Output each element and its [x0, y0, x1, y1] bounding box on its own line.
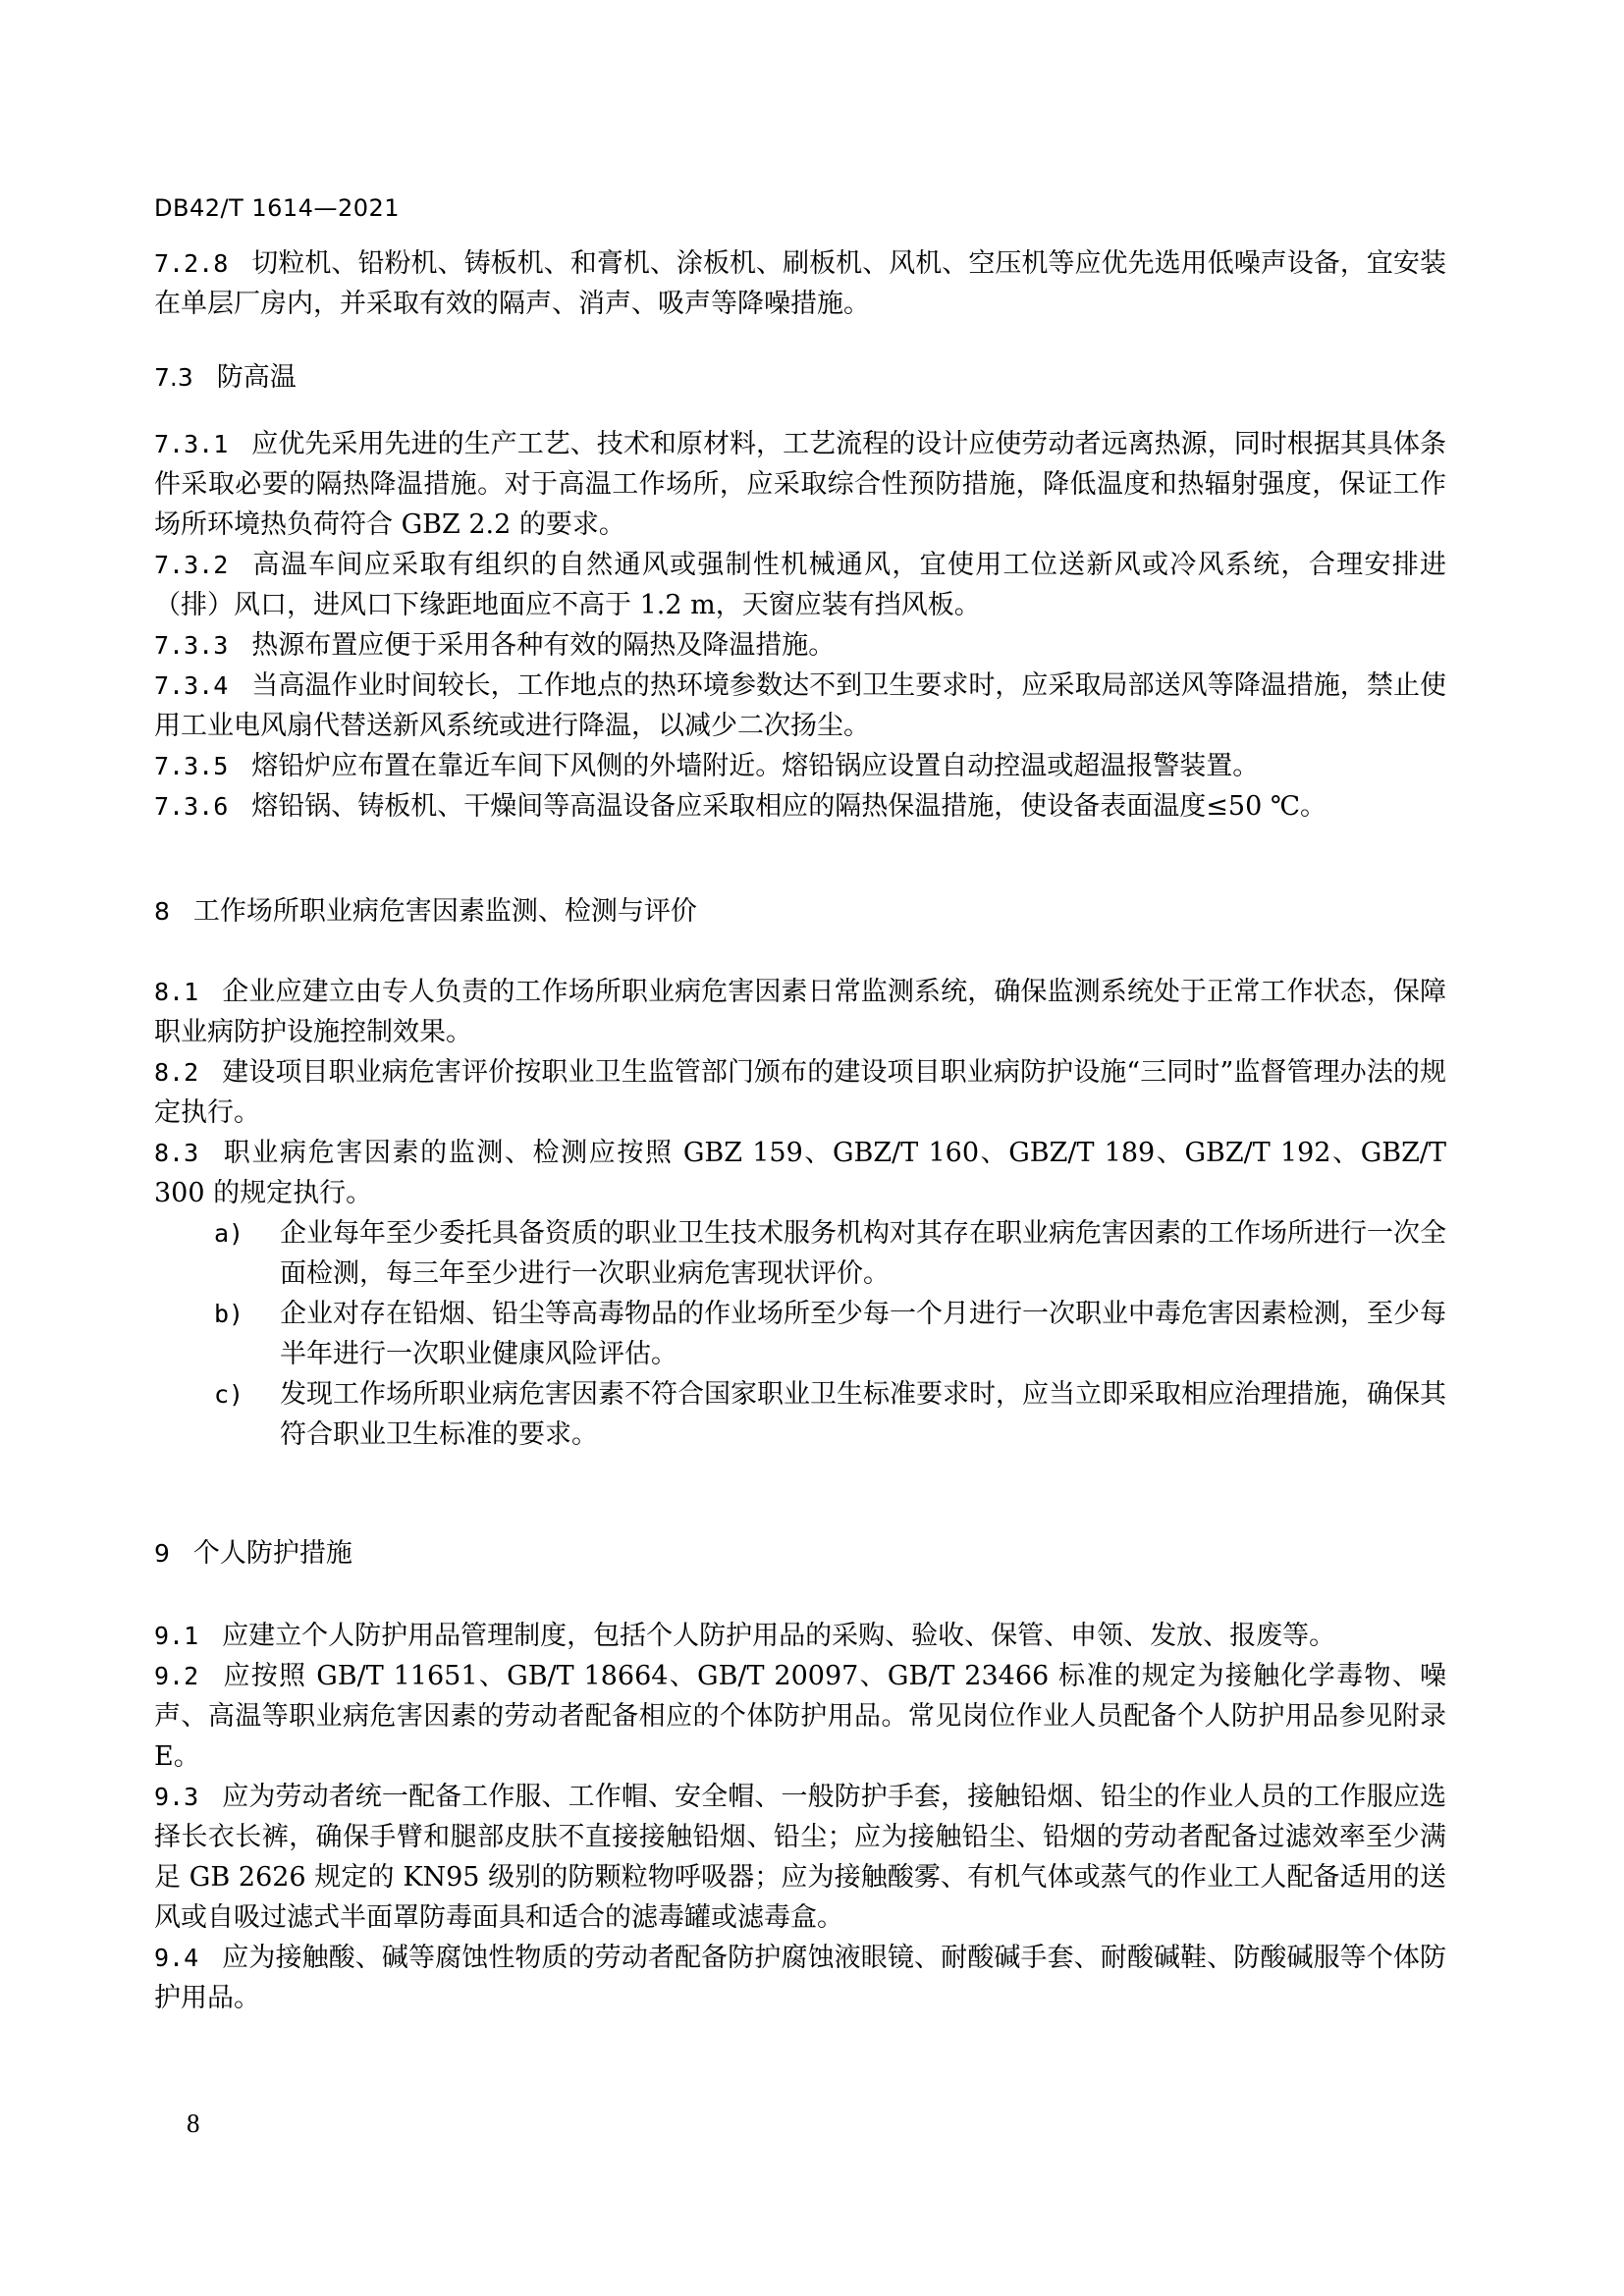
- clause-7-3-3: 7.3.3热源布置应便于采用各种有效的隔热及降温措施。: [154, 625, 1446, 666]
- clause-9-3: 9.3应为劳动者统一配备工作服、工作帽、安全帽、一般防护手套，接触铅烟、铅尘的作…: [154, 1777, 1446, 1938]
- clause-8-1: 8.1企业应建立由专人负责的工作场所职业病危害因素日常监测系统，确保监测系统处于…: [154, 972, 1446, 1052]
- clause-text: 应为接触酸、碱等腐蚀性物质的劳动者配备防护腐蚀液眼镜、耐酸碱手套、耐酸碱鞋、防酸…: [154, 1943, 1446, 2013]
- clauses-9: 9.1应建立个人防护用品管理制度，包括个人防护用品的采购、验收、保管、申领、发放…: [154, 1616, 1446, 2018]
- section-title: 个人防护措施: [193, 1538, 352, 1569]
- clause-9-4: 9.4应为接触酸、碱等腐蚀性物质的劳动者配备防护腐蚀液眼镜、耐酸碱手套、耐酸碱鞋…: [154, 1938, 1446, 2018]
- section-7-3-heading: 7.3防高温: [154, 357, 1446, 398]
- section-title: 工作场所职业病危害因素监测、检测与评价: [193, 896, 697, 927]
- section-number: 9: [154, 1539, 170, 1568]
- clause-number: 9.3: [154, 1783, 198, 1811]
- clause-text: 熔铅锅、铸板机、干燥间等高温设备应采取相应的隔热保温措施，使设备表面温度≤50 …: [251, 791, 1326, 822]
- list-item-c: c)发现工作场所职业病危害因素不符合国家职业卫生标准要求时，应当立即采取相应治理…: [214, 1374, 1446, 1455]
- list-item-text: 企业对存在铅烟、铅尘等高毒物品的作业场所至少每一个月进行一次职业中毒危害因素检测…: [280, 1299, 1446, 1369]
- clause-text: 应建立个人防护用品管理制度，包括个人防护用品的采购、验收、保管、申领、发放、报废…: [222, 1621, 1335, 1651]
- section-number: 8: [154, 897, 170, 926]
- clause-number: 7.3.1: [154, 430, 228, 458]
- clause-7-3-2: 7.3.2高温车间应采取有组织的自然通风或强制性机械通风，宜使用工位送新风或冷风…: [154, 545, 1446, 625]
- clause-text: 职业病危害因素的监测、检测应按照 GBZ 159、GBZ/T 160、GBZ/T…: [154, 1138, 1446, 1208]
- clauses-7-3: 7.3.1应优先采用先进的生产工艺、技术和原材料，工艺流程的设计应使劳动者远离热…: [154, 424, 1446, 827]
- clause-number: 9.1: [154, 1622, 198, 1650]
- clause-text: 建设项目职业病危害评价按职业卫生监管部门颁布的建设项目职业病防护设施“三同时”监…: [154, 1057, 1446, 1128]
- clause-number: 9.2: [154, 1662, 198, 1690]
- clause-8-2: 8.2建设项目职业病危害评价按职业卫生监管部门颁布的建设项目职业病防护设施“三同…: [154, 1052, 1446, 1133]
- list-item-a: a)企业每年至少委托具备资质的职业卫生技术服务机构对其存在职业病危害因素的工作场…: [214, 1213, 1446, 1294]
- clause-number: 7.3.6: [154, 792, 228, 821]
- list-marker: a): [214, 1213, 244, 1254]
- list-item-text: 企业每年至少委托具备资质的职业卫生技术服务机构对其存在职业病危害因素的工作场所进…: [280, 1218, 1446, 1289]
- clause-text: 熔铅炉应布置在靠近车间下风侧的外墙附近。熔铅锅应设置自动控温或超温报警装置。: [251, 751, 1259, 781]
- section-title: 防高温: [217, 362, 297, 393]
- clauses-8: 8.1企业应建立由专人负责的工作场所职业病危害因素日常监测系统，确保监测系统处于…: [154, 972, 1446, 1455]
- clause-9-2: 9.2应按照 GB/T 11651、GB/T 18664、GB/T 20097、…: [154, 1656, 1446, 1777]
- page-number: 8: [187, 2109, 200, 2139]
- clause-7-3-4: 7.3.4当高温作业时间较长，工作地点的热环境参数达不到卫生要求时，应采取局部送…: [154, 666, 1446, 746]
- clause-text: 应按照 GB/T 11651、GB/T 18664、GB/T 20097、GB/…: [154, 1661, 1446, 1772]
- clause-7-3-6: 7.3.6熔铅锅、铸板机、干燥间等高温设备应采取相应的隔热保温措施，使设备表面温…: [154, 786, 1446, 827]
- clause-7-2-8: 7.2.8切粒机、铅粉机、铸板机、和膏机、涂板机、刷板机、风机、空压机等应优先选…: [154, 243, 1446, 324]
- clause-number: 8.3: [154, 1139, 198, 1167]
- clause-9-1: 9.1应建立个人防护用品管理制度，包括个人防护用品的采购、验收、保管、申领、发放…: [154, 1616, 1446, 1656]
- list-item-text: 发现工作场所职业病危害因素不符合国家职业卫生标准要求时，应当立即采取相应治理措施…: [280, 1379, 1446, 1450]
- clause-number: 7.3.5: [154, 752, 228, 780]
- clause-number: 9.4: [154, 1944, 198, 1972]
- clause-8-3: 8.3职业病危害因素的监测、检测应按照 GBZ 159、GBZ/T 160、GB…: [154, 1133, 1446, 1213]
- section-8-heading: 8工作场所职业病危害因素监测、检测与评价: [154, 891, 1446, 932]
- section-9-heading: 9个人防护措施: [154, 1533, 1446, 1574]
- list-marker: b): [214, 1294, 244, 1334]
- clause-text: 应为劳动者统一配备工作服、工作帽、安全帽、一般防护手套，接触铅烟、铅尘的作业人员…: [154, 1782, 1446, 1933]
- clause-number: 7.3.4: [154, 671, 228, 700]
- clause-text: 高温车间应采取有组织的自然通风或强制性机械通风，宜使用工位送新风或冷风系统，合理…: [154, 550, 1446, 620]
- clause-text: 应优先采用先进的生产工艺、技术和原材料，工艺流程的设计应使劳动者远离热源，同时根…: [154, 429, 1446, 540]
- clause-number: 7.3.3: [154, 631, 228, 660]
- list-item-b: b)企业对存在铅烟、铅尘等高毒物品的作业场所至少每一个月进行一次职业中毒危害因素…: [214, 1294, 1446, 1374]
- section-number: 7.3: [154, 363, 193, 392]
- list-marker: c): [214, 1374, 244, 1415]
- clause-number: 8.1: [154, 978, 198, 1006]
- clause-text: 热源布置应便于采用各种有效的隔热及降温措施。: [251, 630, 835, 661]
- document-code-header: DB42/T 1614—2021: [154, 194, 400, 222]
- clause-number: 7.2.8: [154, 249, 228, 278]
- clause-text: 企业应建立由专人负责的工作场所职业病危害因素日常监测系统，确保监测系统处于正常工…: [154, 977, 1446, 1047]
- clause-number: 7.3.2: [154, 551, 228, 579]
- clause-text: 当高温作业时间较长，工作地点的热环境参数达不到卫生要求时，应采取局部送风等降温措…: [154, 670, 1446, 741]
- clause-7-3-5: 7.3.5熔铅炉应布置在靠近车间下风侧的外墙附近。熔铅锅应设置自动控温或超温报警…: [154, 746, 1446, 786]
- clause-7-3-1: 7.3.1应优先采用先进的生产工艺、技术和原材料，工艺流程的设计应使劳动者远离热…: [154, 424, 1446, 545]
- clause-text: 切粒机、铅粉机、铸板机、和膏机、涂板机、刷板机、风机、空压机等应优先选用低噪声设…: [154, 248, 1446, 319]
- clause-number: 8.2: [154, 1058, 198, 1087]
